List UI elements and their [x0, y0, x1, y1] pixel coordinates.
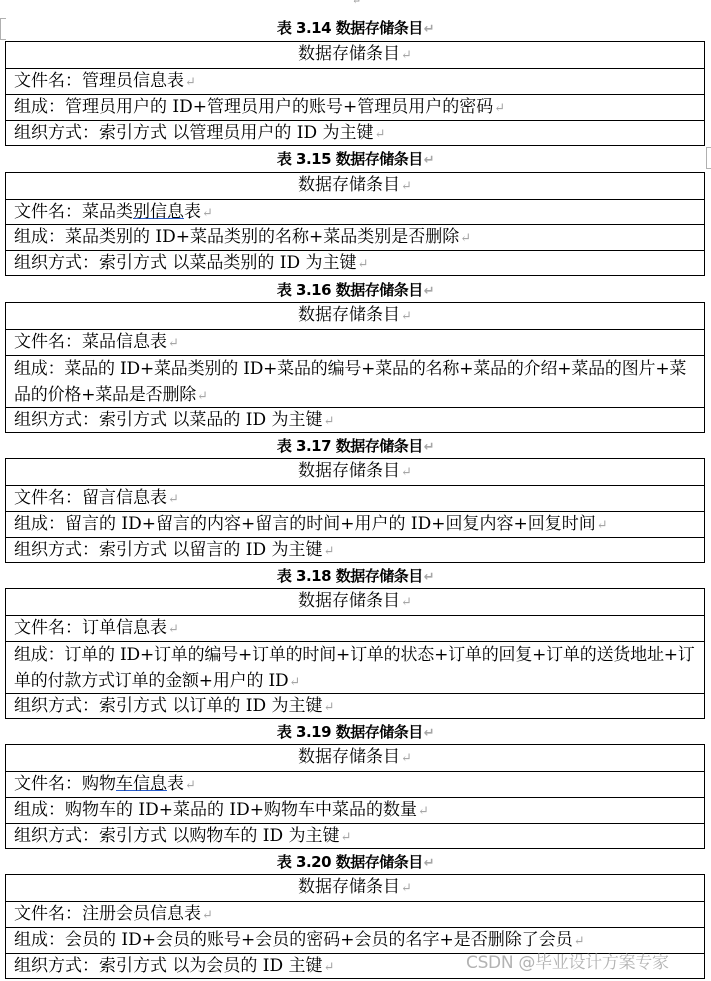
table-header: 数据存储条目↵: [6, 42, 704, 68]
table-caption: 表 3.20 数据存储条目↵: [0, 852, 711, 874]
table-header: 数据存储条目↵: [6, 173, 704, 199]
data-store-table: 数据存储条目↵ 文件名：菜品类别信息表↵ 组成：菜品类别的 ID+菜品类别的名称…: [5, 172, 705, 276]
data-store-table: 数据存储条目↵ 文件名：订单信息表↵ 组成：订单的 ID+订单的编号+订单的时间…: [5, 588, 705, 719]
organization-row: 组织方式：索引方式 以购物车的 ID 为主键↵: [6, 823, 704, 849]
file-name-row: 文件名：购物车信息表↵: [6, 771, 704, 797]
file-name-row: 文件名：菜品信息表↵: [6, 329, 704, 355]
composition-row: 组成：菜品类别的 ID+菜品类别的名称+菜品类别是否删除↵: [6, 224, 704, 250]
table-caption: 表 3.14 数据存储条目↵: [0, 18, 711, 40]
file-name-row: 文件名：留言信息表↵: [6, 485, 704, 511]
spellcheck-underline: 车信息: [116, 774, 167, 794]
table-header: 数据存储条目↵: [6, 875, 704, 901]
composition-row: 组成：菜品的 ID+菜品类别的 ID+菜品的编号+菜品的名称+菜品的介绍+菜品的…: [6, 355, 704, 407]
table-header: 数据存储条目↵: [6, 745, 704, 771]
spellcheck-underline: 别信息: [133, 202, 184, 222]
file-name-row: 文件名：管理员信息表↵: [6, 68, 704, 94]
table-caption: 表 3.19 数据存储条目↵: [0, 722, 711, 744]
composition-row: 组成：留言的 ID+留言的内容+留言的时间+用户的 ID+回复内容+回复时间↵: [6, 511, 704, 537]
table-caption: 表 3.15 数据存储条目↵: [0, 149, 711, 171]
organization-row: 组织方式：索引方式 以菜品类别的 ID 为主键↵: [6, 250, 704, 276]
composition-row: 组成：订单的 ID+订单的编号+订单的时间+订单的状态+订单的回复+订单的送货地…: [6, 641, 704, 693]
organization-row: 组织方式：索引方式 以留言的 ID 为主键↵: [6, 537, 704, 563]
organization-row: 组织方式：索引方式 以管理员用户的 ID 为主键↵: [6, 120, 704, 146]
data-store-table: 数据存储条目↵ 文件名：留言信息表↵ 组成：留言的 ID+留言的内容+留言的时间…: [5, 458, 705, 563]
data-store-table: 数据存储条目↵ 文件名：购物车信息表↵ 组成：购物车的 ID+菜品的 ID+购物…: [5, 744, 705, 849]
watermark: CSDN @毕业设计方案专家: [466, 948, 669, 973]
table-caption: 表 3.16 数据存储条目↵: [0, 280, 711, 302]
table-header: 数据存储条目↵: [6, 303, 704, 329]
paragraph-mark: ↵: [352, 0, 361, 7]
table-caption: 表 3.18 数据存储条目↵: [0, 566, 711, 588]
file-name-row: 文件名：订单信息表↵: [6, 615, 704, 641]
composition-row: 组成：管理员用户的 ID+管理员用户的账号+管理员用户的密码↵: [6, 94, 704, 120]
table-caption: 表 3.17 数据存储条目↵: [0, 436, 711, 458]
organization-row: 组织方式：索引方式 以菜品的 ID 为主键↵: [6, 407, 704, 433]
table-header: 数据存储条目↵: [6, 589, 704, 615]
composition-row: 组成：购物车的 ID+菜品的 ID+购物车中菜品的数量↵: [6, 797, 704, 823]
data-store-table: 数据存储条目↵ 文件名：管理员信息表↵ 组成：管理员用户的 ID+管理员用户的账…: [5, 41, 705, 146]
file-name-row: 文件名：菜品类别信息表↵: [6, 199, 704, 224]
table-header: 数据存储条目↵: [6, 459, 704, 485]
organization-row: 组织方式：索引方式 以订单的 ID 为主键↵: [6, 693, 704, 719]
data-store-table: 数据存储条目↵ 文件名：菜品信息表↵ 组成：菜品的 ID+菜品类别的 ID+菜品…: [5, 302, 705, 433]
file-name-row: 文件名：注册会员信息表↵: [6, 901, 704, 927]
